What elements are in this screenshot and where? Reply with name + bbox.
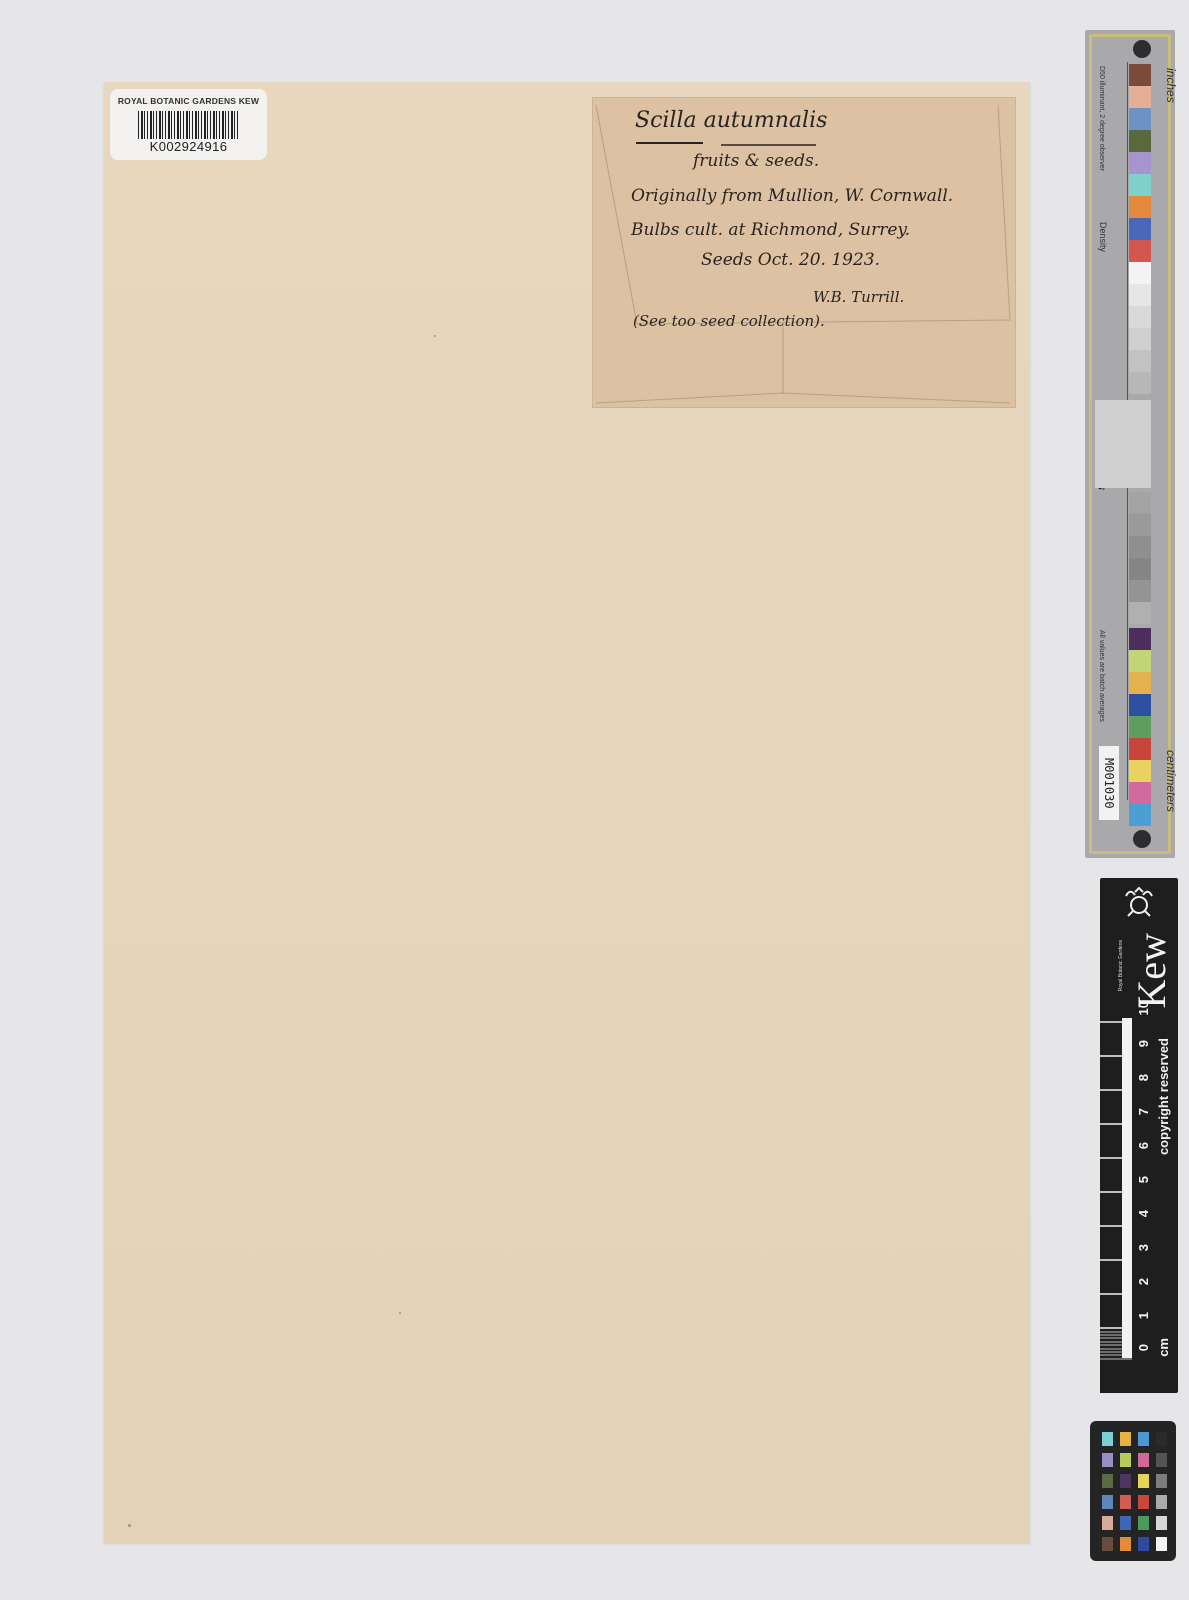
density-label: Density — [1098, 222, 1108, 252]
patch-sky — [1129, 108, 1151, 130]
copyright-notice: copyright reserved — [1156, 1038, 1171, 1155]
patch-skin — [1129, 86, 1151, 108]
checker-cell — [1120, 1516, 1131, 1530]
collector-name: W.B. Turrill. — [813, 288, 904, 306]
taxon-name: Scilla autumnalis — [635, 108, 827, 133]
patch-gray — [1129, 262, 1151, 284]
checker-cell — [1120, 1453, 1131, 1467]
cultivation-note: Bulbs cult. at Richmond, Surrey. — [631, 220, 910, 240]
collection-date: Seeds Oct. 20. 1923. — [701, 250, 880, 270]
barcode-label: ROYAL BOTANIC GARDENS KEW K002924916 — [110, 89, 267, 160]
patch-gray — [1129, 350, 1151, 372]
patch-red — [1129, 738, 1151, 760]
checker-cell — [1138, 1453, 1149, 1467]
tick-label-10: 10 — [1136, 1001, 1151, 1015]
tick-label-1: 1 — [1136, 1312, 1151, 1319]
tick-label-2: 2 — [1136, 1278, 1151, 1285]
cross-reference-note: (See too seed collection). — [633, 312, 825, 330]
checker-cell — [1156, 1432, 1167, 1446]
patch-gray — [1129, 284, 1151, 306]
institution-name: ROYAL BOTANIC GARDENS KEW — [110, 96, 267, 106]
unit-centimeters: centimeters — [1164, 750, 1178, 812]
checker-cell — [1102, 1453, 1113, 1467]
density-step-block — [1095, 400, 1151, 488]
checker-cell — [1120, 1474, 1131, 1488]
checker-cell — [1102, 1495, 1113, 1509]
centimeter-scale — [1100, 1018, 1132, 1393]
tick-label-4: 4 — [1136, 1210, 1151, 1217]
checker-cell — [1156, 1495, 1167, 1509]
royal-crest-icon — [1122, 886, 1156, 924]
color-checker-card — [1090, 1421, 1176, 1561]
patch-foliage — [1129, 130, 1151, 152]
registration-dot-icon — [1133, 830, 1151, 848]
patch-orange — [1129, 196, 1151, 218]
patch-cyan — [1129, 174, 1151, 196]
tick-label-8: 8 — [1136, 1074, 1151, 1081]
tick-label-0: 0 — [1136, 1344, 1151, 1351]
checker-cell — [1156, 1537, 1167, 1551]
tick-label-9: 9 — [1136, 1040, 1151, 1047]
checker-cell — [1138, 1537, 1149, 1551]
tick-label-5: 5 — [1136, 1176, 1151, 1183]
checker-cell — [1138, 1474, 1149, 1488]
contents-note: fruits & seeds. — [693, 151, 819, 171]
patch-magenta — [1129, 782, 1151, 804]
checker-cell — [1120, 1495, 1131, 1509]
patch-gray — [1129, 492, 1151, 514]
patch-brown — [1129, 64, 1151, 86]
patch-gray — [1129, 328, 1151, 350]
kew-wordmark: Kew — [1128, 933, 1175, 1009]
checker-cell — [1156, 1516, 1167, 1530]
kew-scale-bar: Kew Royal Botanic Gardens copyright rese… — [1100, 878, 1178, 1393]
patch-red — [1129, 240, 1151, 262]
kew-subtitle: Royal Botanic Gardens — [1118, 940, 1124, 991]
patch-yellow — [1129, 760, 1151, 782]
patch-deep-blue — [1129, 694, 1151, 716]
origin-note: Originally from Mullion, W. Cornwall. — [631, 186, 953, 206]
color-calibration-bar: inches centimeters D50 illuminant, 2 deg… — [1085, 30, 1175, 858]
patch-cyan — [1129, 804, 1151, 826]
checker-cell — [1138, 1516, 1149, 1530]
checker-cell — [1102, 1516, 1113, 1530]
patch-gray — [1129, 558, 1151, 580]
chart-id: M001030 — [1099, 746, 1119, 820]
patch-gray — [1129, 580, 1151, 602]
patch-blue — [1129, 218, 1151, 240]
checker-cell — [1102, 1537, 1113, 1551]
tick-label-6: 6 — [1136, 1142, 1151, 1149]
tick-label-3: 3 — [1136, 1244, 1151, 1251]
unit-inches: inches — [1164, 68, 1178, 103]
batch-note: All values are batch averages — [1098, 630, 1105, 722]
patch-gray — [1129, 306, 1151, 328]
tick-label-7: 7 — [1136, 1108, 1151, 1115]
checker-cell — [1156, 1474, 1167, 1488]
barcode-number: K002924916 — [110, 139, 267, 154]
checker-cell — [1102, 1474, 1113, 1488]
registration-dot-icon — [1133, 40, 1151, 58]
checker-cell — [1120, 1432, 1131, 1446]
patch-gray — [1129, 536, 1151, 558]
checker-cell — [1138, 1432, 1149, 1446]
checker-cell — [1120, 1537, 1131, 1551]
patch-gray — [1129, 514, 1151, 536]
specimen-envelope: Scilla autumnalis fruits & seeds. Origin… — [593, 98, 1015, 407]
patch-purple — [1129, 628, 1151, 650]
patch-green — [1129, 716, 1151, 738]
patch-lavender — [1129, 152, 1151, 174]
paper-speck — [128, 1524, 131, 1527]
checker-cell — [1102, 1432, 1113, 1446]
patch-gray — [1129, 602, 1151, 624]
paper-speck — [434, 335, 436, 337]
paper-speck — [399, 1312, 401, 1314]
patch-yellow-green — [1129, 650, 1151, 672]
illuminant-note: D50 illuminant, 2 degree observer — [1098, 66, 1105, 171]
patch-gray — [1129, 372, 1151, 394]
unit-cm: cm — [1156, 1338, 1171, 1357]
patch-orange-yellow — [1129, 672, 1151, 694]
checker-cell — [1156, 1453, 1167, 1467]
barcode-icon — [138, 111, 238, 139]
checker-cell — [1138, 1495, 1149, 1509]
